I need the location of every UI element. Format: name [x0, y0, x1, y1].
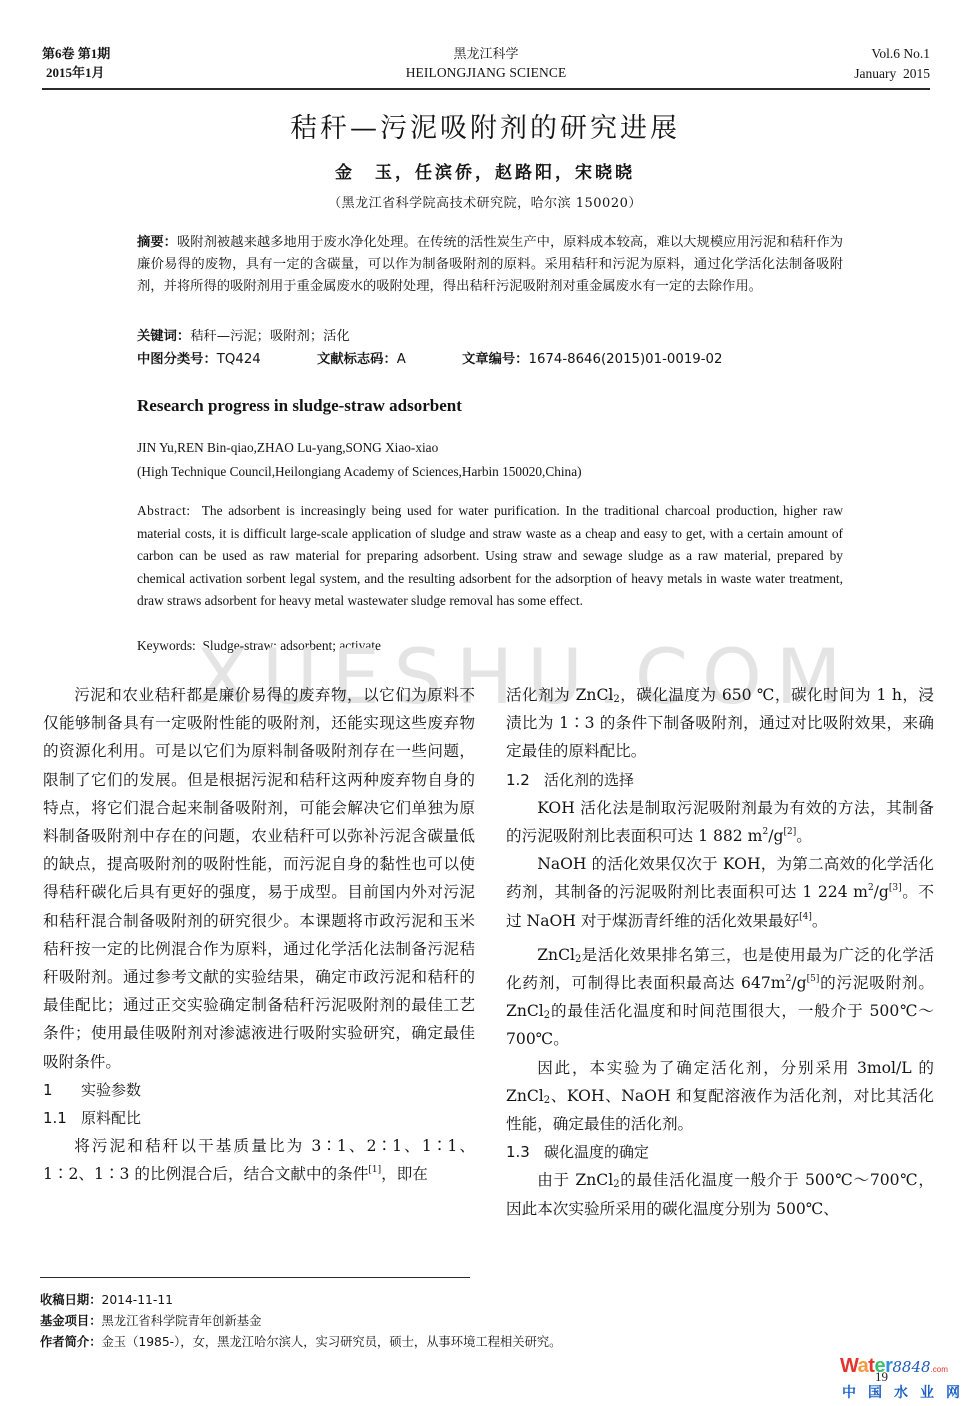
naoh-paragraph: NaOH 的活化效果仅次于 KOH，为第二高效的化学活化药剂，其制备的污泥吸附剂… — [506, 850, 934, 935]
abstract-label-cn: 摘要： — [137, 235, 177, 250]
footnote-divider — [40, 1277, 470, 1278]
journal-name-en: HEILONGJIANG SCIENCE — [42, 63, 930, 82]
header-right: Vol.6 No.1 January 2015 — [854, 44, 930, 84]
logo-suffix: .com — [931, 1365, 948, 1374]
fund-project: 基金项目：黑龙江省科学院青年创新基金 — [40, 1311, 561, 1332]
text-run: /g — [874, 883, 889, 901]
keywords-cn: 关键词：秸秆—污泥；吸附剂；活化 — [137, 325, 350, 344]
section-heading-1: 1实验参数 — [43, 1076, 475, 1104]
clc-label: 中图分类号： — [137, 352, 217, 367]
text-run: /g — [768, 827, 783, 845]
logo-chinese-text: 中国水业网 — [842, 1382, 970, 1402]
text-run: 、KOH、NaOH 和复配溶液作为活化剂，对比其活化性能，确定最佳的活化剂。 — [506, 1087, 934, 1133]
logo-letter: a — [858, 1355, 869, 1377]
chinese-abstract: 摘要：吸附剂被越来越多地用于废水净化处理。在传统的活性炭生产中，原料成本较高，难… — [137, 232, 843, 298]
article-no-label: 文章编号： — [462, 352, 528, 367]
footnote-label: 作者简介： — [40, 1335, 102, 1349]
citation-ref: [2] — [783, 827, 796, 837]
keywords-label-cn: 关键词： — [137, 329, 190, 344]
header-center: 黑龙江科学 HEILONGJIANG SCIENCE — [42, 44, 930, 82]
paper-title: 秸秆—污泥吸附剂的研究进展 — [0, 106, 970, 145]
body-column-left: 污泥和农业秸秆都是廉价易得的废弃物，以它们为原料不仅能够制备具有一定吸附性能的吸… — [43, 681, 475, 1189]
body-column-right: 活化剂为 ZnCl2，碳化温度为 650 ℃，碳化时间为 1 h，浸渍比为 1∶… — [506, 681, 934, 1223]
section-number: 1.1 — [43, 1104, 81, 1132]
footnote-value: 2014-11-11 — [102, 1293, 173, 1307]
text-run: NaOH 的活化效果仅次于 KOH，为第二高效的化学活化药剂，其制备的污泥吸附剂… — [506, 855, 934, 901]
text-run: KOH 活化法是制取污泥吸附剂最为有效的方法，其制备的污泥吸附剂比表面积可达 1… — [506, 799, 934, 845]
section-title: 实验参数 — [81, 1081, 141, 1099]
abstract-text-en: The adsorbent is increasingly being used… — [137, 503, 843, 608]
citation-ref: [5] — [807, 974, 820, 984]
english-affiliation: (High Technique Council,Heilongiang Acad… — [137, 464, 582, 480]
text-run: 由于 ZnCl — [537, 1171, 613, 1189]
citation-ref: [4] — [799, 912, 812, 922]
running-header: 第6卷 第1期 2015年1月 黑龙江科学 HEILONGJIANG SCIEN… — [42, 44, 930, 84]
keywords-text-cn: 秸秆—污泥；吸附剂；活化 — [190, 329, 350, 344]
text-run: ，即在 — [381, 1165, 428, 1183]
koh-paragraph: KOH 活化法是制取污泥吸附剂最为有效的方法，其制备的污泥吸附剂比表面积可达 1… — [506, 794, 934, 850]
text-run: ZnCl — [537, 946, 575, 964]
header-divider — [42, 88, 930, 90]
header-date-en: January 2015 — [854, 64, 930, 84]
activator-choice-paragraph: 因此，本实验为了确定活化剂，分别采用 3mol/L 的 ZnCl2、KOH、Na… — [506, 1054, 934, 1139]
affiliation: （黑龙江省科学院高技术研究院，哈尔滨 150020） — [0, 192, 970, 211]
clc-value: TQ424 — [217, 352, 261, 367]
abstract-text-cn: 吸附剂被越来越多地用于废水净化处理。在传统的活性炭生产中，原料成本较高，难以大规… — [137, 235, 843, 294]
footnote-value: 金玉（1985-），女，黑龙江哈尔滨人，实习研究员，硕士，从事环境工程相关研究。 — [102, 1335, 562, 1349]
english-abstract: Abstract: The adsorbent is increasingly … — [137, 500, 843, 613]
text-run: 活化剂为 ZnCl — [506, 686, 613, 704]
author-bio: 作者简介：金玉（1985-），女，黑龙江哈尔滨人，实习研究员，硕士，从事环境工程… — [40, 1332, 561, 1353]
journal-name-cn: 黑龙江科学 — [42, 44, 930, 63]
section-heading-1-1: 1.1原料配比 — [43, 1104, 475, 1132]
section-number: 1 — [43, 1076, 81, 1104]
text-run: 的最佳活化温度和时间范围很大，一般介于 500℃～700℃。 — [506, 1002, 934, 1048]
text-run: 。 — [812, 912, 828, 930]
doc-code-value: A — [397, 352, 406, 367]
text-run: 。 — [796, 827, 812, 845]
footnote-label: 基金项目： — [40, 1314, 102, 1328]
received-date: 收稿日期：2014-11-11 — [40, 1290, 561, 1311]
section-heading-1-3: 1.3碳化温度的确定 — [506, 1138, 934, 1166]
section-number: 1.3 — [506, 1138, 544, 1166]
section-heading-1-2: 1.2活化剂的选择 — [506, 766, 934, 794]
footnote-label: 收稿日期： — [40, 1293, 102, 1307]
footnotes: 收稿日期：2014-11-11 基金项目：黑龙江省科学院青年创新基金 作者简介：… — [40, 1290, 561, 1353]
citation-ref: [3] — [889, 883, 902, 893]
english-title: Research progress in sludge-straw adsorb… — [137, 396, 462, 416]
zncl2-paragraph: ZnCl2是活化效果排名第三，也是使用最为广泛的化学活化药剂，可制得比表面积最高… — [506, 941, 934, 1054]
text-run: /g — [791, 974, 806, 992]
logo-number: 8848 — [892, 1358, 930, 1376]
clc-number: 中图分类号：TQ424 — [137, 348, 261, 367]
section-title: 原料配比 — [81, 1109, 141, 1127]
water8848-logo[interactable]: Water8848.com 中国水业网 — [840, 1355, 970, 1403]
section-number: 1.2 — [506, 766, 544, 794]
page-number: 19 — [875, 1369, 888, 1385]
english-authors: JIN Yu,REN Bin-qiao,ZHAO Lu-yang,SONG Xi… — [137, 440, 438, 456]
doc-code-label: 文献标志码： — [317, 352, 397, 367]
document-code: 文献标志码：A — [317, 348, 406, 367]
keywords-label-en: Keywords: — [137, 638, 196, 653]
logo-wordmark: Water8848.com — [840, 1355, 948, 1378]
carbonization-paragraph: 由于 ZnCl2的最佳活化温度一般介于 500℃～700℃，因此本次实验所采用的… — [506, 1166, 934, 1222]
article-no-value: 1674-8646(2015)01-0019-02 — [528, 352, 722, 367]
author-list: 金 玉，任滨侨，赵路阳，宋晓晓 — [0, 158, 970, 183]
section-title: 碳化温度的确定 — [544, 1143, 649, 1161]
header-volume-issue-en: Vol.6 No.1 — [854, 44, 930, 64]
intro-paragraph: 污泥和农业秸秆都是廉价易得的废弃物，以它们为原料不仅能够制备具有一定吸附性能的吸… — [43, 681, 475, 1076]
section-title: 活化剂的选择 — [544, 771, 634, 789]
article-number: 文章编号：1674-8646(2015)01-0019-02 — [462, 348, 722, 367]
logo-letter: W — [840, 1355, 858, 1377]
footnote-value: 黑龙江省科学院青年创新基金 — [102, 1314, 262, 1328]
ratio-paragraph: 将污泥和秸秆以干基质量比为 3∶1、2∶1、1∶1、1∶2、1∶3 的比例混合后… — [43, 1132, 475, 1188]
abstract-label-en: Abstract: — [137, 503, 191, 518]
citation-ref: [1] — [368, 1165, 381, 1175]
ratio-paragraph-continued: 活化剂为 ZnCl2，碳化温度为 650 ℃，碳化时间为 1 h，浸渍比为 1∶… — [506, 681, 934, 766]
